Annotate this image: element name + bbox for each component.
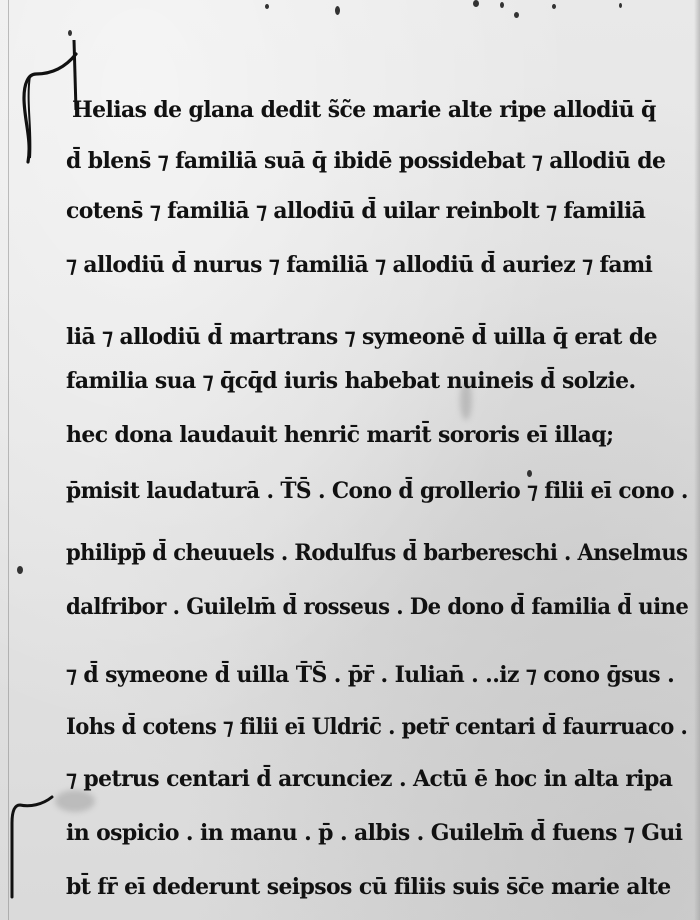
initial-t-glyph (6, 793, 56, 903)
ink-speck (265, 4, 269, 9)
text-line-15: bt̄ fr̄ eī dederunt seipsos cū filiis … (66, 872, 688, 902)
ink-speck (552, 4, 556, 9)
text-line-1: Helias de glana dedit s̃c̃e marie alte r… (72, 95, 688, 125)
text-line-14: in ospicio . in manu . p̄ . albis . Guil… (66, 818, 688, 848)
decorated-initial-bottom (6, 793, 56, 903)
text-line-3: cotens̄ ⁊ familiā ⁊ allodiū d̄ uilar r… (66, 196, 688, 226)
text-line-8: p̄misit laudaturā . T̄S̄ . Cono d̄ grol… (66, 476, 681, 506)
ink-speck (473, 0, 479, 7)
text-line-12: Iohs d̄ cotens ⁊ filii eī Uldric̄ . pet… (66, 712, 664, 742)
ink-speck (619, 3, 622, 8)
ink-speck (335, 6, 340, 15)
text-line-9: philipp̄ d̄ cheuuels . Rodulfus d̄ barbe… (66, 538, 664, 568)
ink-speck (500, 2, 504, 8)
manuscript-page: Helias de glana dedit s̃c̃e marie alte r… (0, 0, 700, 920)
text-line-10: dalfribor . Guilelm̄ d̄ rosseus . De don… (66, 592, 667, 622)
right-page-edge (694, 0, 700, 920)
ink-speck (68, 30, 72, 36)
text-line-2: d̄ blens̄ ⁊ familiā suā q̄ ibidē poss… (66, 146, 688, 176)
left-margin-rule (8, 0, 9, 920)
ink-speck (17, 566, 23, 574)
ink-speck (514, 12, 519, 18)
text-line-5: liā ⁊ allodiū d̄ martrans ⁊ symeonē d… (66, 322, 688, 352)
text-line-4: ⁊ allodiū d̄ nurus ⁊ familiā ⁊ allodiu… (66, 250, 688, 280)
text-line-11: ⁊ d̄ symeone d̄ uilla T̄S̄ . p̄r̄ . Iuli… (66, 660, 688, 690)
text-line-6: familia sua ⁊ q̄cq̄d iuris habebat nuine… (66, 366, 688, 396)
text-line-7: hec dona laudauit henric̄ marit̄ sororis… (66, 420, 688, 450)
text-line-13: ⁊ petrus centari d̄ arcunciez . Actū ē… (66, 764, 688, 794)
